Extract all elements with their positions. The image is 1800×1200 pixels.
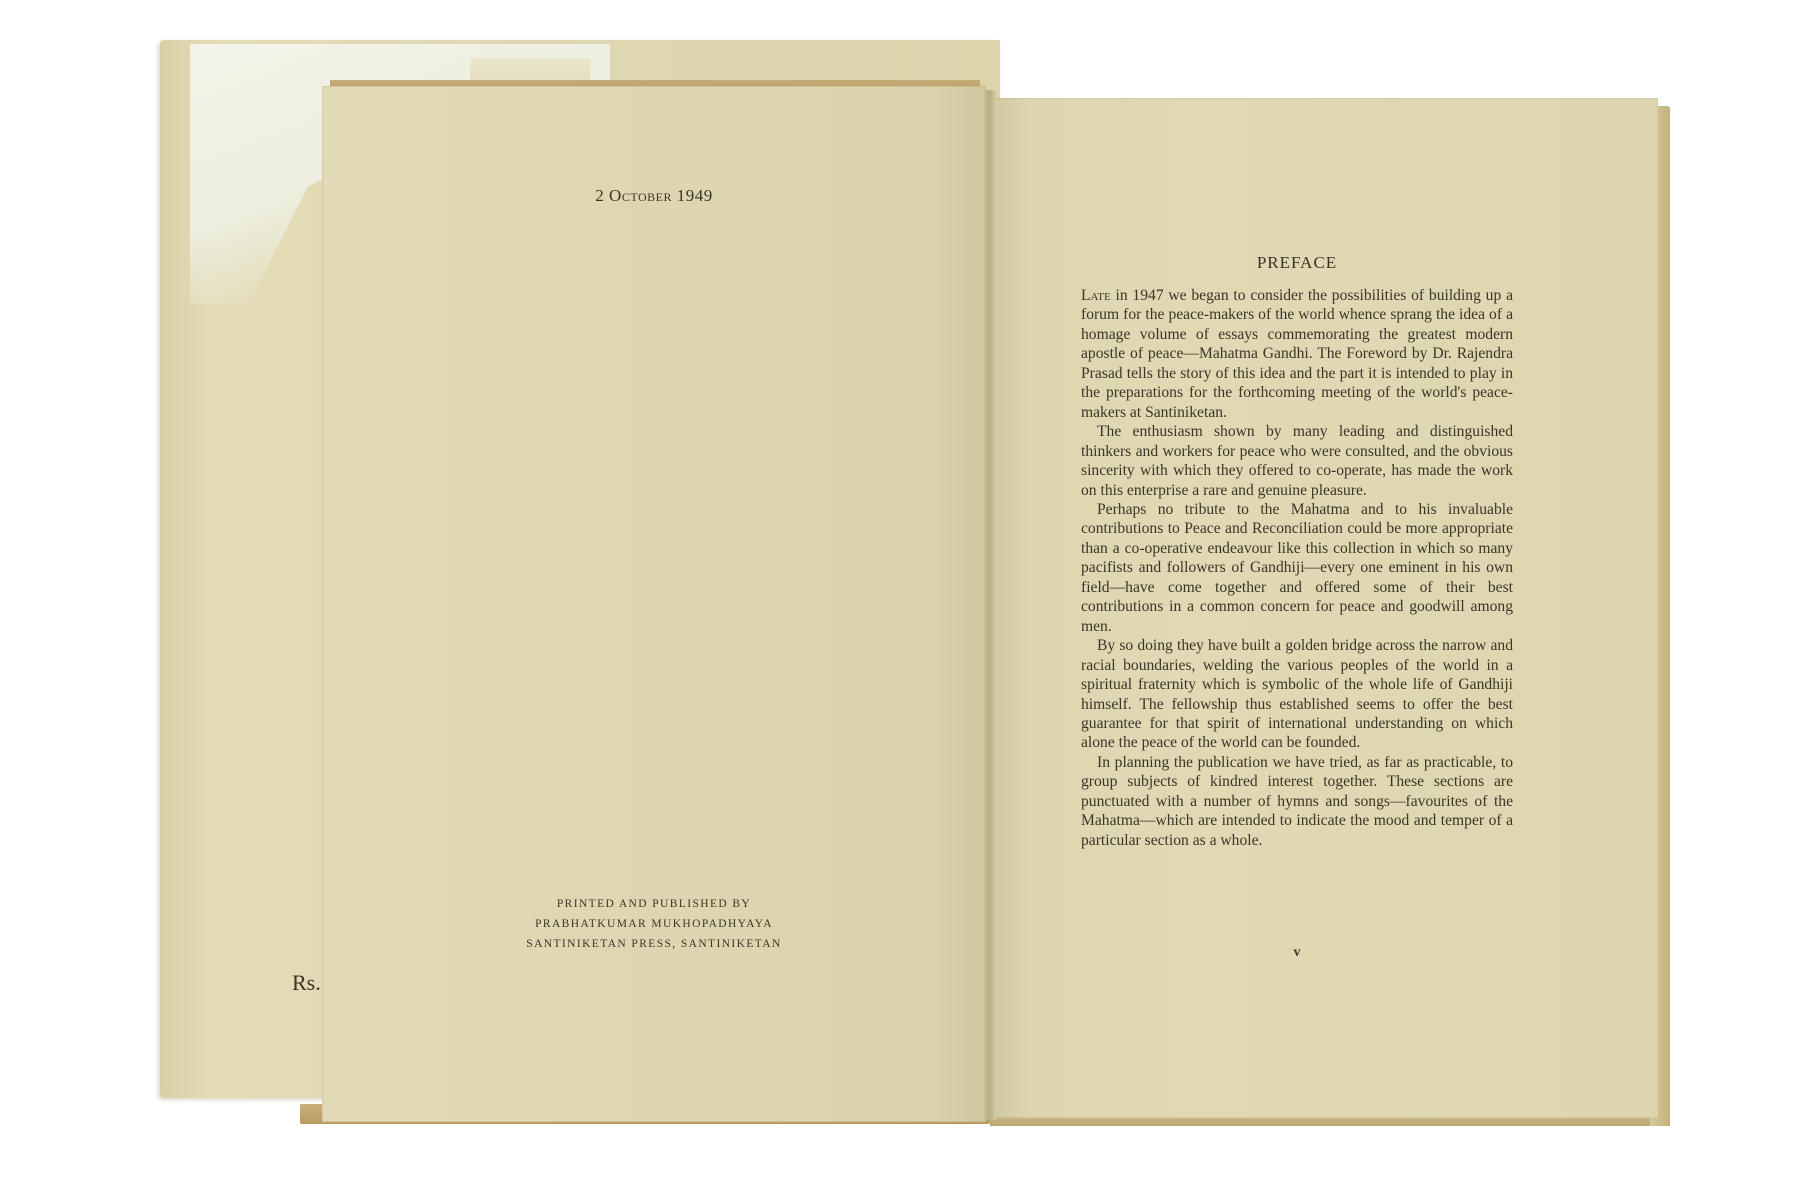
imprint-line: Prabhatkumar Mukhopadhyaya (322, 914, 986, 934)
date-day: 2 (595, 186, 604, 205)
preface-paragraph: Late in 1947 we began to consider the po… (1081, 286, 1513, 422)
imprint-line: Santiniketan Press, Santiniketan (322, 934, 986, 954)
jacket-price-label: Rs. (292, 970, 321, 996)
date-year: 1949 (677, 186, 713, 205)
dedication-date: 2 October 1949 (322, 186, 986, 206)
preface-paragraph: Perhaps no tribute to the Mahatma and to… (1081, 500, 1513, 636)
publisher-imprint: Printed and Published by Prabhatkumar Mu… (322, 894, 986, 954)
date-month: October (609, 186, 672, 205)
left-page (322, 86, 986, 1122)
paragraph-text: in 1947 we began to consider the possibi… (1081, 287, 1513, 421)
book-gutter (984, 90, 996, 1120)
page-number: v (992, 945, 1602, 961)
paragraph-lead: Late (1081, 287, 1111, 304)
preface-paragraph: The enthusiasm shown by many leading and… (1081, 422, 1513, 500)
imprint-line: Printed and Published by (322, 894, 986, 914)
preface-body: Late in 1947 we began to consider the po… (1081, 286, 1513, 850)
preface-paragraph: In planning the publication we have trie… (1081, 753, 1513, 850)
preface-heading: PREFACE (992, 253, 1602, 273)
preface-paragraph: By so doing they have built a golden bri… (1081, 636, 1513, 753)
